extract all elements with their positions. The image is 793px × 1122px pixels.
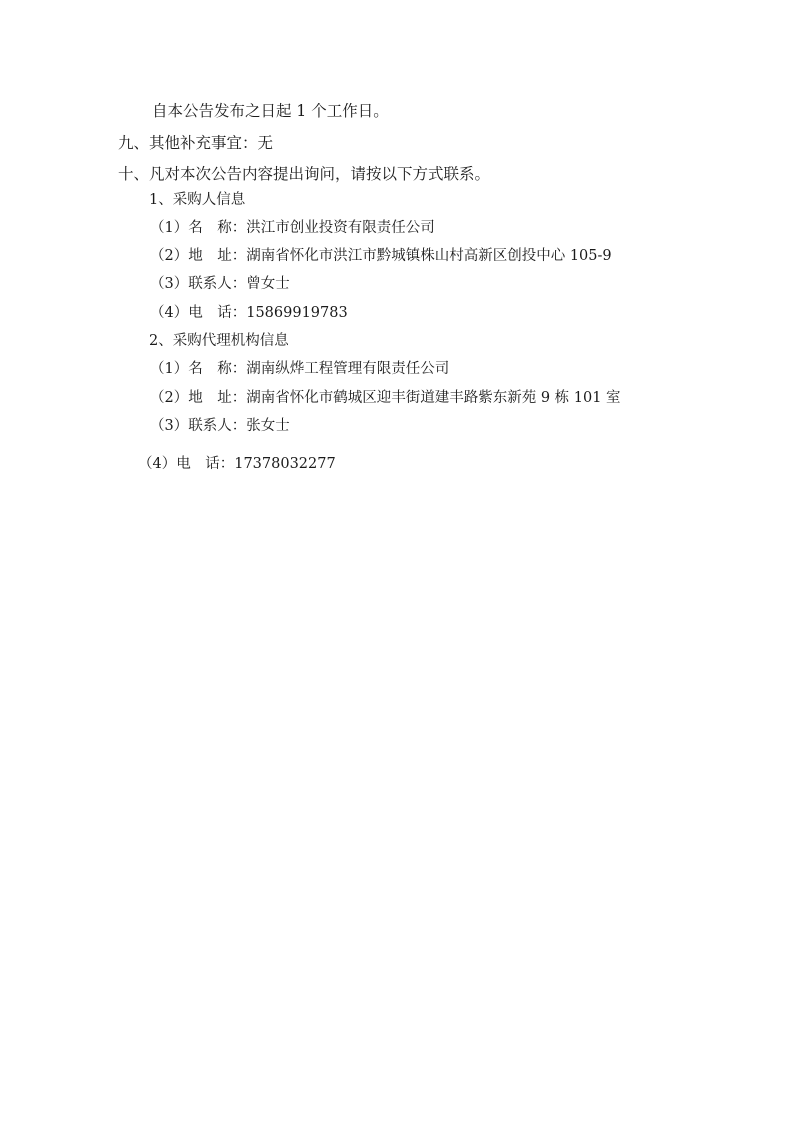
agency-address: （2）地 址：湖南省怀化市鹤城区迎丰街道建丰路紫东新苑 9 栋 101 室 [150,388,621,408]
purchaser-phone: （4）电 话：15869919783 [150,303,348,323]
agency-phone: （4）电 话：17378032277 [138,454,336,474]
section-9-heading: 九、其他补充事宜：无 [118,133,273,153]
purchaser-name: （1）名 称：洪江市创业投资有限责任公司 [150,218,435,238]
section-10-heading: 十、凡对本次公告内容提出询问，请按以下方式联系。 [118,164,490,184]
purchaser-heading: 1、采购人信息 [149,190,245,210]
continuation-text: 自本公告发布之日起 1 个工作日。 [152,101,389,121]
agency-name: （1）名 称：湖南纵烨工程管理有限责任公司 [150,359,449,379]
agency-heading: 2、采购代理机构信息 [149,331,289,351]
purchaser-address: （2）地 址：湖南省怀化市洪江市黔城镇株山村高新区创投中心 105-9 [150,246,612,266]
purchaser-contact: （3）联系人：曾女士 [150,274,290,294]
agency-contact: （3）联系人：张女士 [150,416,290,436]
